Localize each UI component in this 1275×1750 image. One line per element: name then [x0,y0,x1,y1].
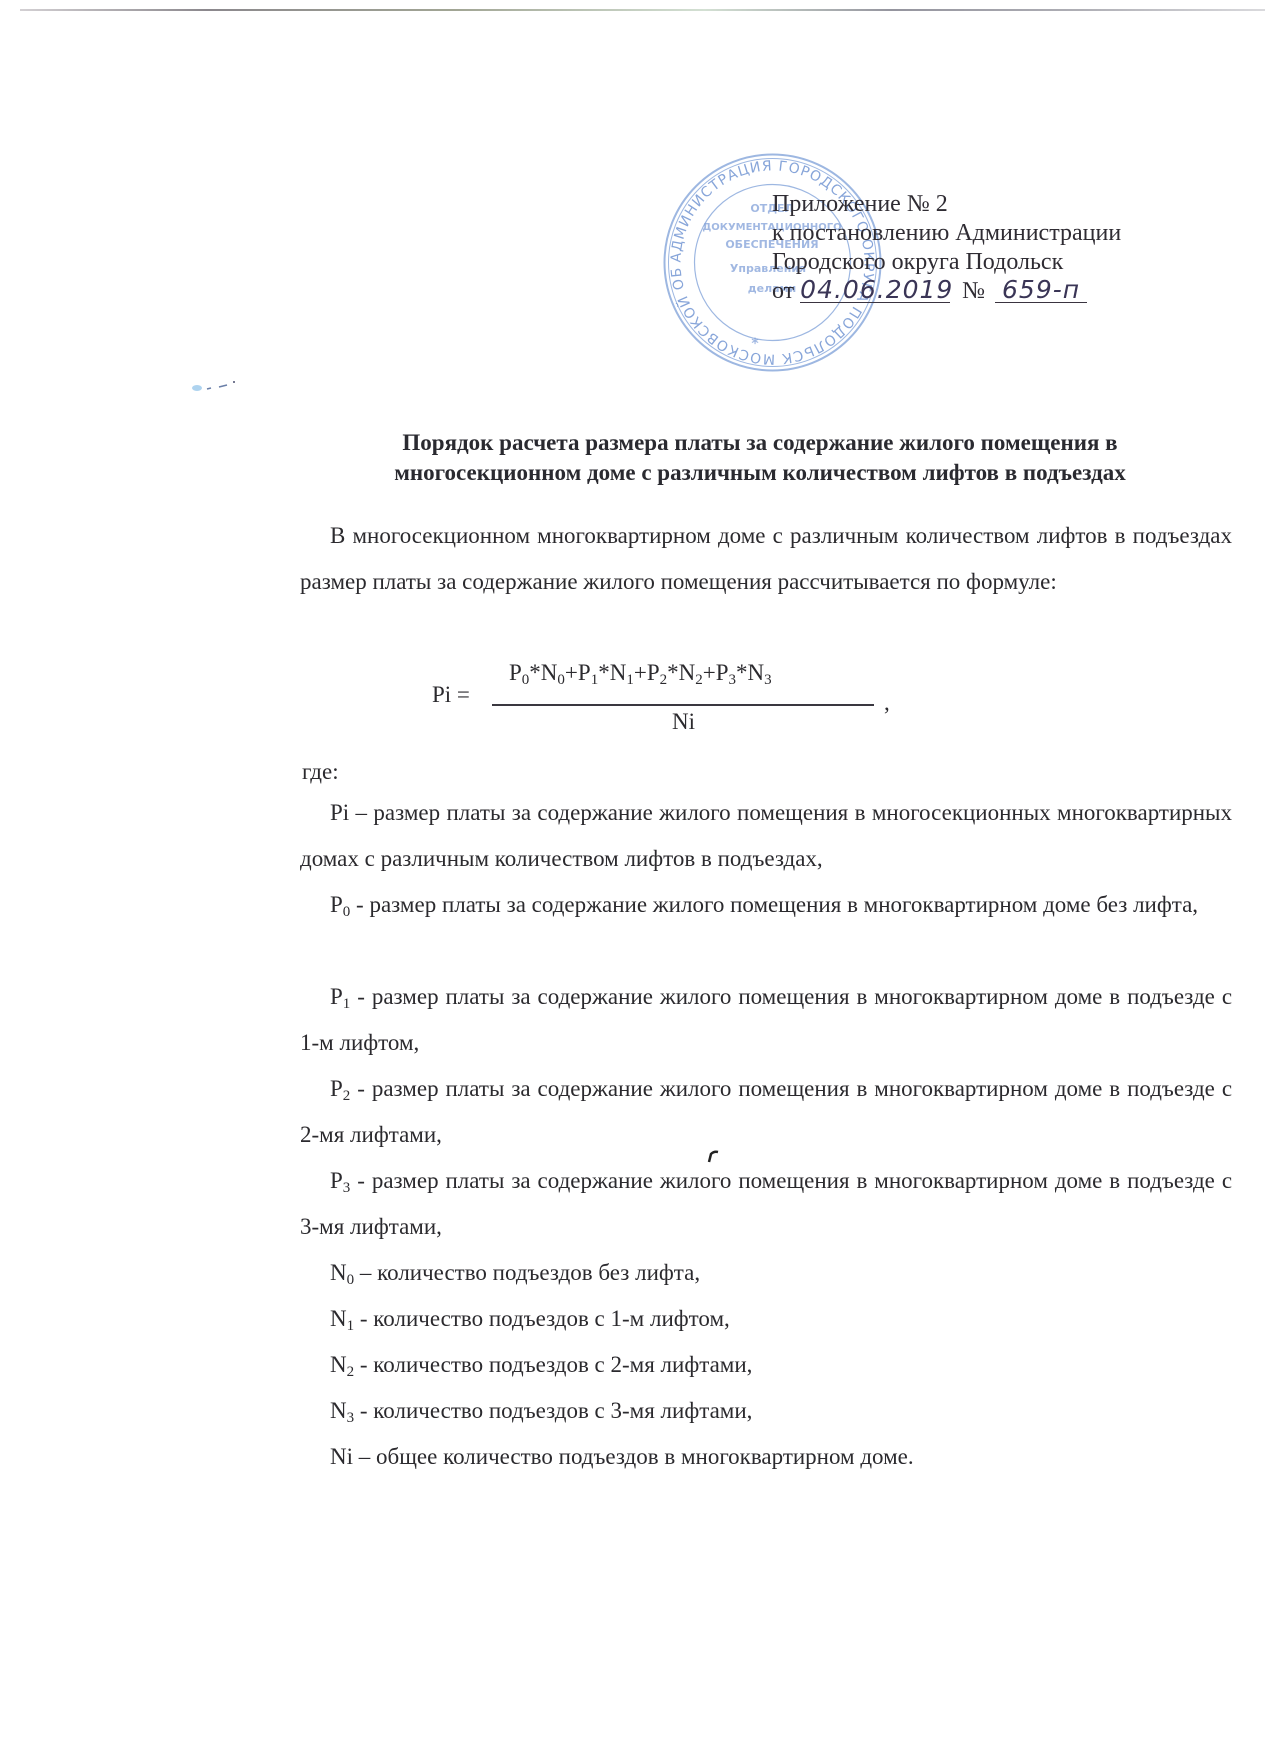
scan-top-edge [20,9,1265,11]
date-number-line: от04.06.2019 №659-п [772,277,1121,306]
formula-denominator: Ni [672,709,695,735]
appendix-header: Приложение № 2 к постановлению Администр… [772,190,1121,306]
resolution-ref-line: к постановлению Администрации [772,219,1121,248]
where-label: где: [302,757,339,787]
definition-n1: N1 - количество подъездов с 1-м лифтом, [300,1296,1232,1342]
intro-paragraph: В многосекционном многоквартирном доме с… [300,513,1232,605]
number-sign: № [962,278,985,304]
formula: Pi = P0*N0+P1*N1+P2*N2+P3*N3 Ni , [432,660,902,740]
definition-n0: N0 – количество подъездов без лифта, [300,1250,1232,1296]
definition-p1: P1 - размер платы за содержание жилого п… [300,974,1232,1066]
intro-text: В многосекционном многоквартирном доме с… [300,523,1232,594]
formula-comma: , [884,690,890,716]
definition-p3: P3 - размер платы за содержание жилого п… [300,1158,1232,1250]
appendix-label: Приложение № 2 [772,190,1121,219]
definition-n2: N2 - количество подъездов с 2-мя лифтами… [300,1342,1232,1388]
title-line-1: Порядок расчета размера платы за содержа… [290,428,1230,458]
district-line: Городского округа Подольск [772,248,1121,277]
svg-text:*: * [751,336,759,352]
formula-numerator: P0*N0+P1*N1+P2*N2+P3*N3 [509,660,772,686]
definition-n3: N3 - количество подъездов с 3-мя лифтами… [300,1388,1232,1434]
formula-lhs: Pi = [432,682,470,708]
ink-mark-icon [706,1150,720,1164]
fraction-bar [492,704,874,706]
definition-pi: Pi – размер платы за содержание жилого п… [300,790,1232,882]
definition-ni: Ni – общее количество подъездов в многок… [300,1434,1232,1480]
handwritten-date: 04.06.2019 [800,278,950,303]
document-title: Порядок расчета размера платы за содержа… [290,428,1230,488]
ink-speck-icon [185,378,245,394]
definition-p0: P0 - размер платы за содержание жилого п… [300,882,1232,928]
handwritten-number: 659-п [995,278,1087,303]
date-prefix: от [772,278,794,304]
definition-p2: P2 - размер платы за содержание жилого п… [300,1066,1232,1158]
title-line-2: многосекционном доме с различным количес… [290,458,1230,488]
